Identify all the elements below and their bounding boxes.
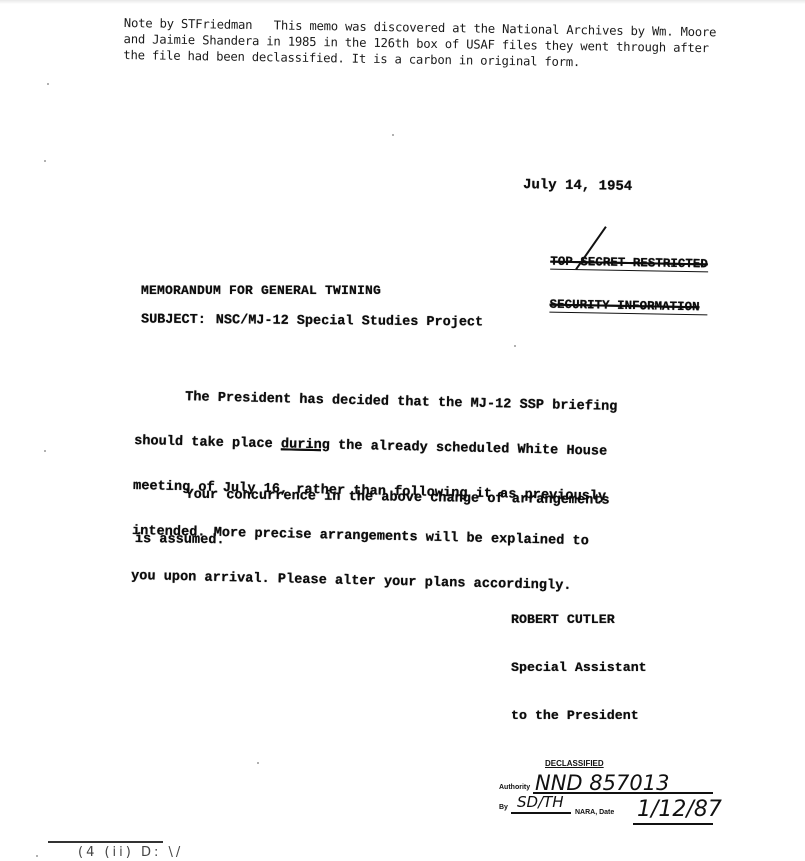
speck [47,83,49,85]
by-label: By [499,804,508,811]
by-value: SD/TH [517,793,564,811]
footer-fragment: (4 (ii) D: \/ [78,845,183,860]
nara-date-label: NARA, Date [575,809,614,816]
declassification-stamp: DECLASSIFIED Authority NND 857013 By SD/… [497,757,727,837]
text-span: should take place [134,434,281,452]
signer-title: Special Assistant [511,660,647,676]
memo-paragraph-2: Your concurrence in the above change of … [135,457,611,569]
classification-line: TOP SECRET RESTRICTED [550,255,708,273]
signer-name: ROBERT CUTLER [511,612,647,628]
paragraph-line: is assumed. [135,532,609,554]
stamp-date: 1/12/87 [637,797,722,822]
speck [44,160,46,162]
classification-marking: TOP SECRET RESTRICTED SECURITY INFORMATI… [549,227,708,330]
date-underline [633,823,713,825]
friedman-note: Note by STFriedman This memo was discove… [123,15,804,74]
authority-label: Authority [499,784,530,791]
speck [514,345,516,347]
speck [392,134,394,136]
signer-title-2: to the President [511,708,647,724]
paragraph-line: Your concurrence in the above change of … [135,487,609,509]
speck [36,855,38,857]
page-edge [0,0,805,4]
memo-subject: SUBJECT:NSC/MJ-12 Special Studies Projec… [141,313,483,331]
by-underline [511,812,571,814]
paragraph-line: should take place during the already sch… [134,434,617,460]
footer-rule [48,841,163,843]
memo-addressee: MEMORANDUM FOR GENERAL TWINING [141,283,381,298]
memo-date: July 14, 1954 [523,177,632,195]
classification-line: SECURITY INFORMATION [549,298,707,316]
text-span: the already scheduled White House [330,438,608,459]
subject-label: SUBJECT: [141,313,206,329]
paragraph-line: The President has decided that the MJ-12… [135,389,618,415]
speck [257,762,259,764]
speck [44,450,46,452]
stamp-header: DECLASSIFIED [545,759,604,768]
underlined-word: during [281,437,330,453]
signature-block: ROBERT CUTLER Special Assistant to the P… [511,580,647,740]
subject-text: NSC/MJ-12 Special Studies Project [216,313,483,330]
